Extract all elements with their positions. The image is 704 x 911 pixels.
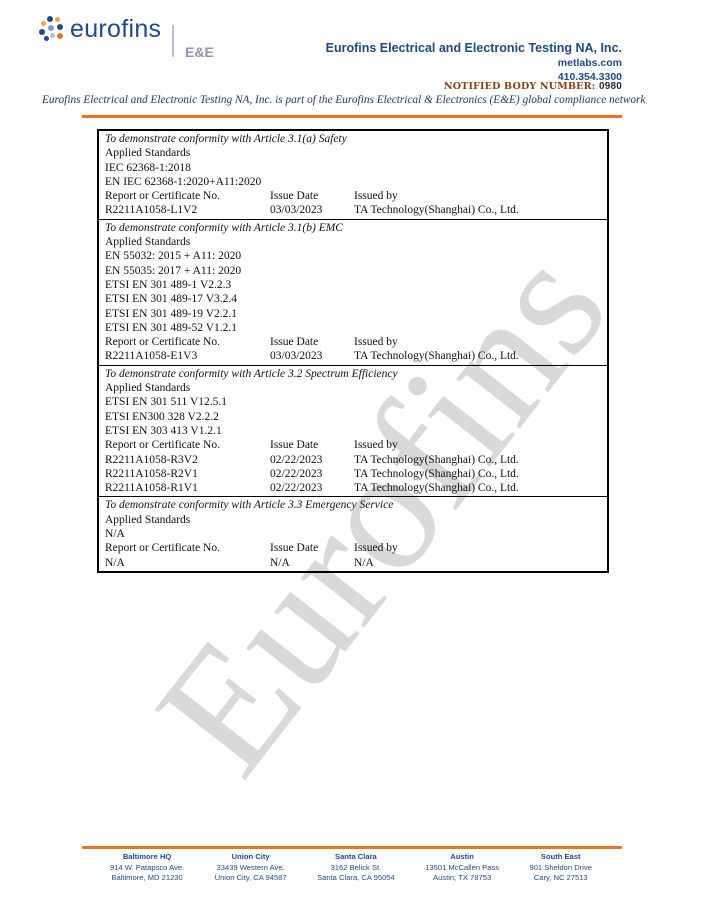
office-title: Santa Clara — [317, 852, 395, 863]
conformity-section: To demonstrate conformity with Article 3… — [99, 497, 607, 570]
office-line2: Baltimore, MD 21230 — [110, 873, 184, 884]
report-row: R2211A1058-R1V102/22/2023TA Technology(S… — [105, 481, 601, 495]
applied-standards-label: Applied Standards — [105, 381, 601, 395]
report-header-row: Report or Certificate No.Issue DateIssue… — [105, 189, 601, 203]
issuer: TA Technology(Shanghai) Co., Ltd. — [354, 481, 601, 495]
standard-item: IEC 62368-1:2018 — [105, 161, 601, 175]
issuer: TA Technology(Shanghai) Co., Ltd. — [354, 349, 601, 363]
column-header-report: Report or Certificate No. — [105, 541, 270, 555]
column-header-issuer: Issued by — [354, 438, 601, 452]
report-number: R2211A1058-R1V1 — [105, 481, 270, 495]
column-header-report: Report or Certificate No. — [105, 335, 270, 349]
office-title: South East — [529, 852, 591, 863]
office-line2: Union City, CA 94587 — [215, 873, 287, 884]
standard-item: N/A — [105, 527, 601, 541]
standard-item: ETSI EN 301 489-52 V1.2.1 — [105, 321, 601, 335]
section-title: To demonstrate conformity with Article 3… — [105, 132, 601, 146]
office-line2: Cary, NC 27513 — [529, 873, 591, 884]
report-header-row: Report or Certificate No.Issue DateIssue… — [105, 335, 601, 349]
office-line2: Santa Clara, CA 95054 — [317, 873, 395, 884]
conformity-section: To demonstrate conformity with Article 3… — [99, 366, 607, 498]
issue-date: 03/03/2023 — [270, 203, 354, 217]
report-header-row: Report or Certificate No.Issue DateIssue… — [105, 438, 601, 452]
office-address: Austin13501 McCallen PassAustin, TX 7875… — [425, 852, 499, 884]
company-info: Eurofins Electrical and Electronic Testi… — [326, 41, 622, 84]
conformity-section: To demonstrate conformity with Article 3… — [99, 220, 607, 366]
issue-date: 02/22/2023 — [270, 481, 354, 495]
office-address: Baltimore HQ914 W. Patapsco Ave.Baltimor… — [110, 852, 184, 884]
standard-item: EN 55035: 2017 + A11: 2020 — [105, 264, 601, 278]
report-number: R2211A1058-R3V2 — [105, 453, 270, 467]
report-row: N/AN/AN/A — [105, 556, 601, 570]
logo-divider — [172, 25, 174, 57]
logo-subtitle: E&E — [185, 44, 214, 60]
office-line1: 33439 Western Ave. — [215, 863, 287, 874]
footer-offices: Baltimore HQ914 W. Patapsco Ave.Baltimor… — [110, 852, 592, 884]
report-number: N/A — [105, 556, 270, 570]
company-name: Eurofins Electrical and Electronic Testi… — [326, 41, 622, 56]
issuer: TA Technology(Shanghai) Co., Ltd. — [354, 467, 601, 481]
report-number: R2211A1058-E1V3 — [105, 349, 270, 363]
report-header-row: Report or Certificate No.Issue DateIssue… — [105, 541, 601, 555]
office-line1: 13501 McCallen Pass — [425, 863, 499, 874]
section-title: To demonstrate conformity with Article 3… — [105, 221, 601, 235]
standard-item: ETSI EN300 328 V2.2.2 — [105, 410, 601, 424]
office-line1: 3162 Belick St. — [317, 863, 395, 874]
logo-wordmark: eurofins — [70, 16, 161, 42]
issuer: N/A — [354, 556, 601, 570]
issue-date: 02/22/2023 — [270, 453, 354, 467]
standard-item: ETSI EN 301 511 V12.5.1 — [105, 395, 601, 409]
applied-standards-label: Applied Standards — [105, 513, 601, 527]
column-header-issuer: Issued by — [354, 335, 601, 349]
standard-item: ETSI EN 301 489-17 V3.2.4 — [105, 292, 601, 306]
column-header-date: Issue Date — [270, 438, 354, 452]
issue-date: N/A — [270, 556, 354, 570]
footer-divider — [82, 846, 622, 849]
office-address: Union City33439 Western Ave.Union City, … — [215, 852, 287, 884]
report-row: R2211A1058-L1V203/03/2023TA Technology(S… — [105, 203, 601, 217]
column-header-issuer: Issued by — [354, 541, 601, 555]
column-header-report: Report or Certificate No. — [105, 438, 270, 452]
office-address: South East901 Sheldon DriveCary, NC 2751… — [529, 852, 591, 884]
column-header-date: Issue Date — [270, 541, 354, 555]
standard-item: ETSI EN 301 489-1 V2.2.3 — [105, 278, 601, 292]
column-header-report: Report or Certificate No. — [105, 189, 270, 203]
applied-standards-label: Applied Standards — [105, 235, 601, 249]
section-title: To demonstrate conformity with Article 3… — [105, 498, 601, 512]
applied-standards-label: Applied Standards — [105, 146, 601, 160]
report-row: R2211A1058-R2V102/22/2023TA Technology(S… — [105, 467, 601, 481]
report-row: R2211A1058-E1V303/03/2023TA Technology(S… — [105, 349, 601, 363]
report-row: R2211A1058-R3V202/22/2023TA Technology(S… — [105, 453, 601, 467]
column-header-issuer: Issued by — [354, 189, 601, 203]
company-website: metlabs.com — [326, 56, 622, 70]
office-title: Austin — [425, 852, 499, 863]
office-title: Baltimore HQ — [110, 852, 184, 863]
issuer: TA Technology(Shanghai) Co., Ltd. — [354, 203, 601, 217]
conformity-section: To demonstrate conformity with Article 3… — [99, 131, 607, 220]
report-number: R2211A1058-L1V2 — [105, 203, 270, 217]
notified-body-number: 0980 — [599, 81, 622, 92]
office-address: Santa Clara3162 Belick St.Santa Clara, C… — [317, 852, 395, 884]
office-line1: 914 W. Patapsco Ave. — [110, 863, 184, 874]
column-header-date: Issue Date — [270, 335, 354, 349]
issuer: TA Technology(Shanghai) Co., Ltd. — [354, 453, 601, 467]
issue-date: 02/22/2023 — [270, 467, 354, 481]
standard-item: EN 55032: 2015 + A11: 2020 — [105, 249, 601, 263]
column-header-date: Issue Date — [270, 189, 354, 203]
notified-body-label: NOTIFIED BODY NUMBER: — [444, 81, 596, 92]
office-title: Union City — [215, 852, 287, 863]
eurofins-logo: eurofins — [38, 16, 161, 42]
standard-item: EN IEC 62368-1:2020+A11:2020 — [105, 175, 601, 189]
header-divider — [82, 115, 622, 118]
logo-dots-icon — [38, 16, 64, 42]
office-line2: Austin, TX 78753 — [425, 873, 499, 884]
notified-body: NOTIFIED BODY NUMBER: 0980 — [444, 81, 622, 92]
section-title: To demonstrate conformity with Article 3… — [105, 367, 601, 381]
report-number: R2211A1058-R2V1 — [105, 467, 270, 481]
conformity-table: To demonstrate conformity with Article 3… — [97, 129, 609, 573]
network-tagline: Eurofins Electrical and Electronic Testi… — [42, 94, 682, 106]
standard-item: ETSI EN 301 489-19 V2.2.1 — [105, 307, 601, 321]
standard-item: ETSI EN 303 413 V1.2.1 — [105, 424, 601, 438]
office-line1: 901 Sheldon Drive — [529, 863, 591, 874]
issue-date: 03/03/2023 — [270, 349, 354, 363]
